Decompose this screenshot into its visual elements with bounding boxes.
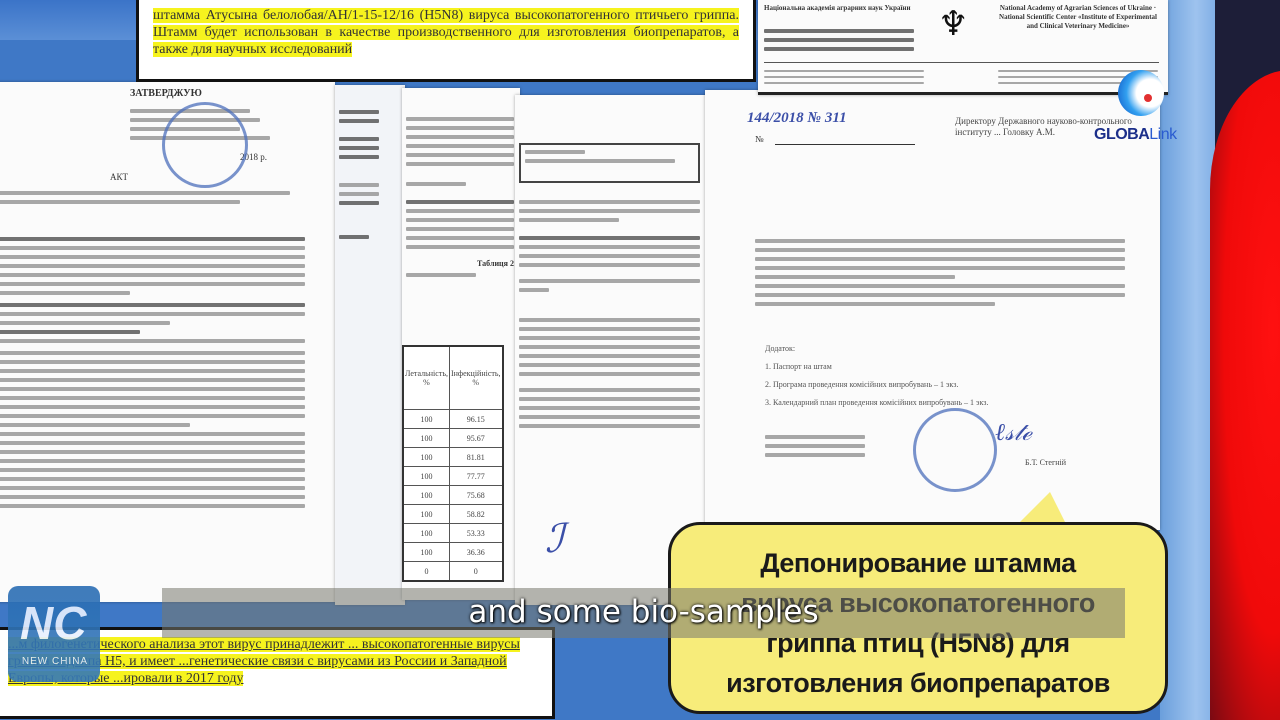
letterhead-right: National Academy of Agrarian Sciences of… — [998, 4, 1158, 31]
handwritten-reference: 144/2018 № 311 — [747, 110, 847, 127]
approval-heading: ЗАТВЕРДЖУЮ — [130, 88, 202, 99]
act-title: АКТ — [110, 172, 128, 182]
table-row: 10077.77 — [403, 467, 503, 486]
table-cell: 100 — [403, 429, 449, 448]
callout-line: Депонирование штамма — [681, 543, 1155, 583]
table-cell: 75.68 — [449, 486, 502, 505]
mini-table — [519, 143, 700, 183]
letterhead-left: Національна академія аграрних наук Украї… — [764, 4, 914, 13]
table-cell: 0 — [403, 562, 449, 582]
table-row: 10096.15 — [403, 410, 503, 429]
background-red-shape — [1210, 70, 1280, 720]
highlighted-text: штамма Атусына белолобая/AH/1-15-12/16 (… — [153, 8, 739, 57]
signature-icon: ℐ — [545, 515, 564, 562]
signer-name: Б.Т. Стегній — [1025, 458, 1066, 467]
signature-icon: ℓ𝓈𝓉ℯ — [995, 420, 1031, 447]
table-row: 10053.33 — [403, 524, 503, 543]
table-row: 10081.81 — [403, 448, 503, 467]
callout-line: изготовления биопрепаратов — [681, 663, 1155, 703]
table-cell: 100 — [403, 543, 449, 562]
stamp-icon — [162, 102, 248, 188]
globalink-wordmark: GLOBALink — [1094, 126, 1177, 144]
table-row: 10095.67 — [403, 429, 503, 448]
highlighted-excerpt-top: штамма Атусына белолобая/AH/1-15-12/16 (… — [136, 0, 756, 82]
table-cell: 100 — [403, 467, 449, 486]
globalink-logo: GLOBALink — [1094, 70, 1194, 150]
table-row: 10036.36 — [403, 543, 503, 562]
table-cell: 81.81 — [449, 448, 502, 467]
table-cell: 58.82 — [449, 505, 502, 524]
document-letter: 144/2018 № 311 № Директору Державного на… — [705, 90, 1160, 530]
table-cell: 96.15 — [449, 410, 502, 429]
table-cell: 100 — [403, 448, 449, 467]
table-cell: 0 — [449, 562, 502, 582]
act-body — [0, 232, 305, 513]
table-row: 10058.82 — [403, 505, 503, 524]
letter-body — [755, 234, 1125, 311]
table-row: 10075.68 — [403, 486, 503, 505]
table-row: 00 — [403, 562, 503, 582]
table-cell: 100 — [403, 524, 449, 543]
table-cell: 36.36 — [449, 543, 502, 562]
reference-number-label: № — [755, 134, 764, 144]
table-title: Таблиця 2 — [406, 259, 514, 268]
table-cell: 95.67 — [449, 429, 502, 448]
subtitle-caption: and some bio-samples — [162, 588, 1125, 638]
attachments: Додаток: 1. Паспорт на штам 2. Програма … — [765, 340, 988, 412]
table-header: Летальність, % — [403, 346, 449, 410]
xinhua-nc-logo-icon: NC NEW CHINA — [8, 586, 100, 682]
document-column-1 — [335, 85, 405, 605]
document-act: ЗАТВЕРДЖУЮ 2018 р. АКТ — [0, 82, 335, 602]
table-cell: 100 — [403, 505, 449, 524]
table-cell: 100 — [403, 486, 449, 505]
globalink-globe-icon — [1118, 70, 1164, 116]
table-cell: 77.77 — [449, 467, 502, 486]
table-cell: 53.33 — [449, 524, 502, 543]
table-header: Інфекційність, % — [449, 346, 502, 410]
table-cell: 100 — [403, 410, 449, 429]
trident-emblem-icon: ♆ — [938, 4, 968, 44]
data-table: Летальність, % Інфекційність, % 10096.15… — [402, 345, 504, 582]
stamp-icon — [913, 408, 997, 492]
